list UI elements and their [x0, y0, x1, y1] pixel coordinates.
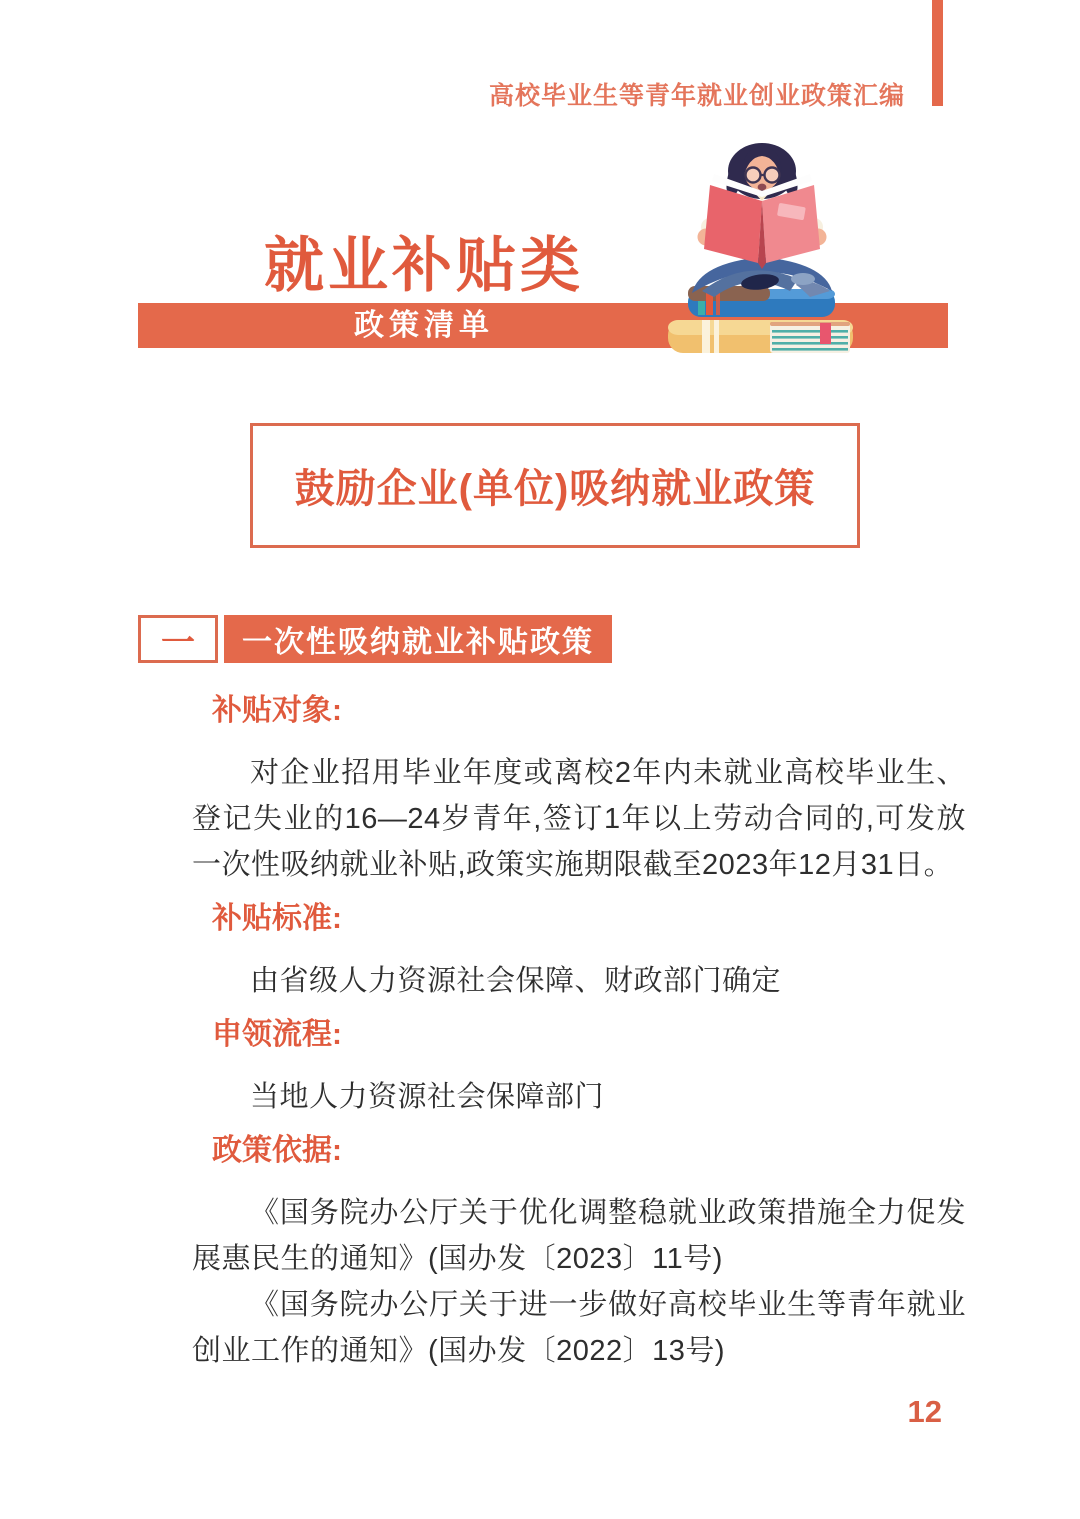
page-title: 就业补贴类	[138, 218, 710, 304]
girl-reading-on-book-stack-illustration	[650, 139, 952, 361]
block-heading: 申领流程:	[212, 1018, 966, 1052]
block-heading: 政策依据:	[212, 1134, 966, 1168]
header-accent-rule	[932, 0, 943, 106]
block-paragraph: 对企业招用毕业年度或离校2年内未就业高校毕业生、登记失业的16—24岁青年,签订…	[192, 750, 966, 888]
block-paragraph: 当地人力资源社会保障部门	[192, 1074, 966, 1120]
white-book-icon	[770, 322, 850, 353]
girl-figure	[692, 143, 832, 297]
policy-category-box: 鼓励企业(单位)吸纳就业政策	[250, 423, 860, 548]
policy-document-page: 高校毕业生等青年就业创业政策汇编 就业补贴类 政策清单	[0, 0, 1080, 1519]
block-heading: 补贴标准:	[212, 902, 966, 936]
section-title: 一次性吸纳就业补贴政策	[224, 615, 612, 663]
content-block-subsidy-standard: 补贴标准: 由省级人力资源社会保障、财政部门确定	[192, 902, 966, 1004]
content-block-application-process: 申领流程: 当地人力资源社会保障部门	[192, 1018, 966, 1120]
block-heading: 补贴对象:	[212, 694, 966, 728]
section-header: 一 一次性吸纳就业补贴政策	[138, 615, 612, 663]
content-block-subsidy-target: 补贴对象: 对企业招用毕业年度或离校2年内未就业高校毕业生、登记失业的16—24…	[192, 694, 966, 888]
block-paragraph: 《国务院办公厅关于进一步做好高校毕业生等青年就业创业工作的通知》(国办发〔202…	[192, 1282, 966, 1374]
policy-category-title: 鼓励企业(单位)吸纳就业政策	[295, 457, 816, 514]
hero-banner-label: 政策清单	[138, 303, 710, 348]
content-block-policy-basis: 政策依据: 《国务院办公厅关于优化调整稳就业政策措施全力促发展惠民生的通知》(国…	[192, 1134, 966, 1374]
block-paragraph: 由省级人力资源社会保障、财政部门确定	[192, 958, 966, 1004]
content-area: 补贴对象: 对企业招用毕业年度或离校2年内未就业高校毕业生、登记失业的16—24…	[192, 694, 966, 1388]
page-number: 12	[908, 1394, 942, 1430]
section-number: 一	[138, 615, 218, 663]
block-paragraph: 《国务院办公厅关于优化调整稳就业政策措施全力促发展惠民生的通知》(国办发〔202…	[192, 1190, 966, 1282]
booklet-title: 高校毕业生等青年就业创业政策汇编	[489, 76, 905, 112]
